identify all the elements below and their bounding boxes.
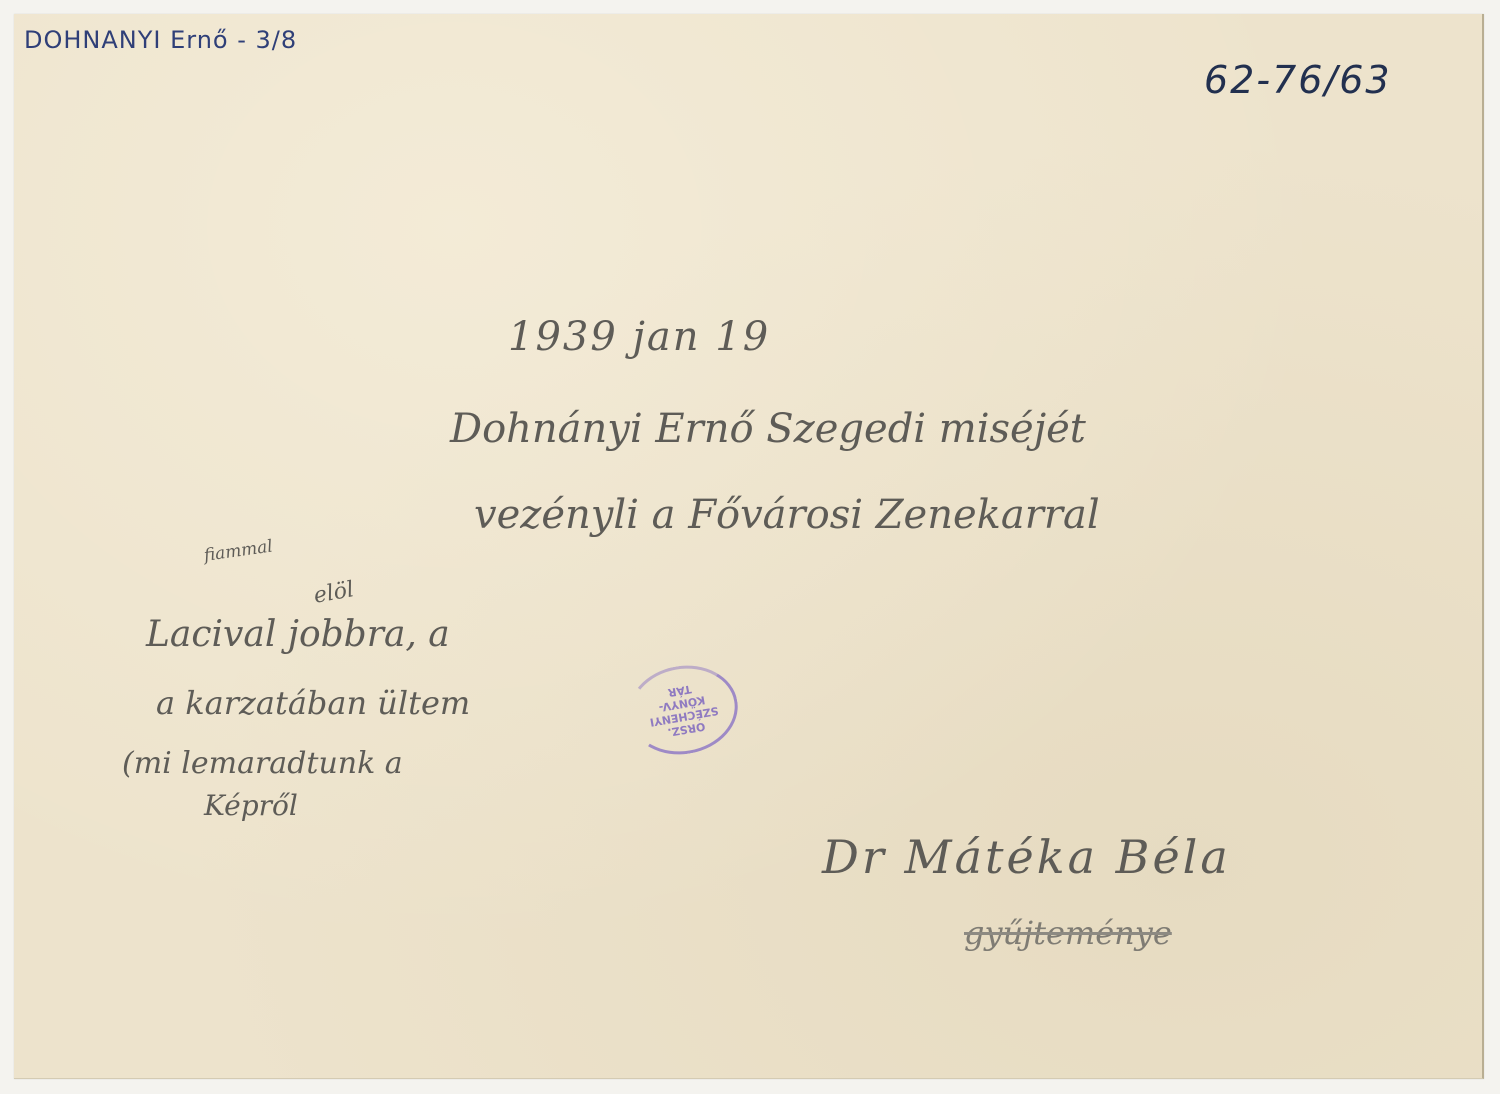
top-left-label: DOHNANYI Ernő - 3/8 (24, 26, 297, 54)
signature-name: Dr Mátéka Béla (822, 830, 1231, 884)
side-note-line-1: Lacival jobbra, a (146, 614, 450, 655)
note-line-1: Dohnányi Ernő Szegedi miséjét (450, 406, 1086, 452)
side-note-line-4: Képről (204, 789, 298, 822)
side-note-insert-elol: elöl (312, 577, 356, 609)
side-note-line-2: a karzatában ültem (156, 684, 470, 722)
catalog-number: 62-76/63 (1204, 58, 1392, 102)
side-note-insert-fiammal: fiammal (203, 536, 274, 565)
signature-subtitle: gyűjteménye (964, 914, 1172, 952)
library-stamp: ORSZ. SZÉCHENYI KÖNYV- TÁR (621, 657, 745, 763)
note-line-2: vezényli a Fővárosi Zenekarral (474, 492, 1100, 538)
side-note-line-3: (mi lemaradtunk a (122, 746, 403, 781)
photo-card-back: DOHNANYI Ernő - 3/8 62-76/63 1939 jan 19… (14, 14, 1484, 1079)
note-date: 1939 jan 19 (508, 314, 770, 360)
